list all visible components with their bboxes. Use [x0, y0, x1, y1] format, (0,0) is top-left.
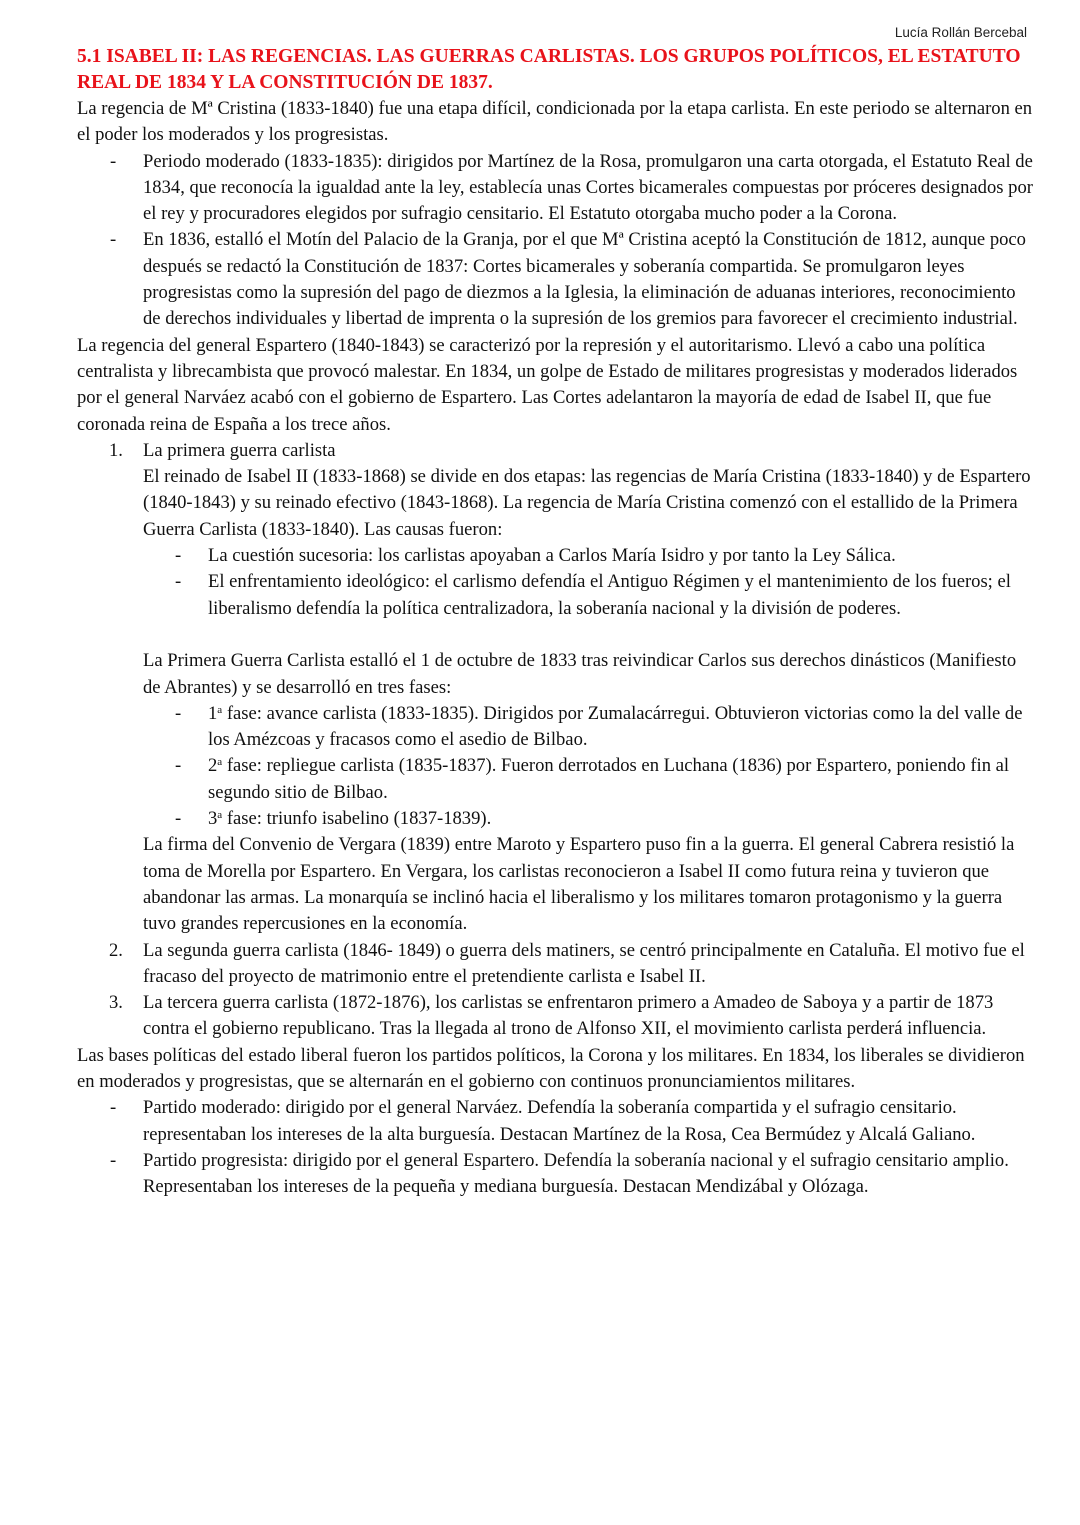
list-item: 2a fase: repliegue carlista (1835-1837).… [143, 753, 1037, 806]
list-number: 3. [109, 990, 123, 1016]
intro-paragraph: La regencia de Mª Cristina (1833-1840) f… [77, 96, 1037, 149]
list-item: Periodo moderado (1833-1835): dirigidos … [77, 149, 1037, 228]
carlist-wars-list: 1. La primera guerra carlista El reinado… [77, 438, 1037, 1043]
list-item: 1a fase: avance carlista (1833-1835). Di… [143, 701, 1037, 754]
phase-ordinal: 3 [208, 808, 217, 829]
phase-ordinal: 2 [208, 755, 217, 776]
document-title: 5.1 ISABEL II: LAS REGENCIAS. LAS GUERRA… [77, 44, 1037, 96]
list-item: Partido moderado: dirigido por el genera… [77, 1095, 1037, 1148]
list-item: 3a fase: triunfo isabelino (1837-1839). [143, 806, 1037, 832]
war-conclusion: La firma del Convenio de Vergara (1839) … [143, 832, 1037, 937]
war-text: La segunda guerra carlista (1846- 1849) … [143, 940, 1025, 987]
bases-paragraph: Las bases políticas del estado liberal f… [77, 1043, 1037, 1096]
war-paragraph: El reinado de Isabel II (1833-1868) se d… [143, 464, 1037, 543]
list-number: 1. [109, 438, 123, 464]
phase-text: fase: avance carlista (1833-1835). Dirig… [208, 703, 1022, 750]
list-item: En 1836, estalló el Motín del Palacio de… [77, 227, 1037, 332]
list-number: 2. [109, 938, 123, 964]
parties-list: Partido moderado: dirigido por el genera… [77, 1095, 1037, 1200]
phase-text: fase: triunfo isabelino (1837-1839). [222, 808, 491, 829]
war-item-third: 3. La tercera guerra carlista (1872-1876… [77, 990, 1037, 1043]
author-name: Lucía Rollán Bercebal [895, 25, 1027, 40]
war-item-first: 1. La primera guerra carlista El reinado… [77, 438, 1037, 938]
list-item: La cuestión sucesoria: los carlistas apo… [143, 543, 1037, 569]
phases-intro: La Primera Guerra Carlista estalló el 1 … [143, 648, 1037, 701]
causes-list: La cuestión sucesoria: los carlistas apo… [143, 543, 1037, 622]
war-item-second: 2. La segunda guerra carlista (1846- 184… [77, 938, 1037, 991]
espartero-paragraph: La regencia del general Espartero (1840-… [77, 333, 1037, 438]
document-body: 5.1 ISABEL II: LAS REGENCIAS. LAS GUERRA… [77, 44, 1037, 1200]
regency-bullet-list: Periodo moderado (1833-1835): dirigidos … [77, 149, 1037, 333]
phase-ordinal: 1 [208, 703, 217, 724]
spacer [143, 622, 1037, 648]
war-text: La tercera guerra carlista (1872-1876), … [143, 992, 993, 1039]
war-heading: La primera guerra carlista [143, 438, 1037, 464]
phase-text: fase: repliegue carlista (1835-1837). Fu… [208, 755, 1009, 802]
list-item: El enfrentamiento ideológico: el carlism… [143, 569, 1037, 622]
list-item: Partido progresista: dirigido por el gen… [77, 1148, 1037, 1201]
phases-list: 1a fase: avance carlista (1833-1835). Di… [143, 701, 1037, 832]
